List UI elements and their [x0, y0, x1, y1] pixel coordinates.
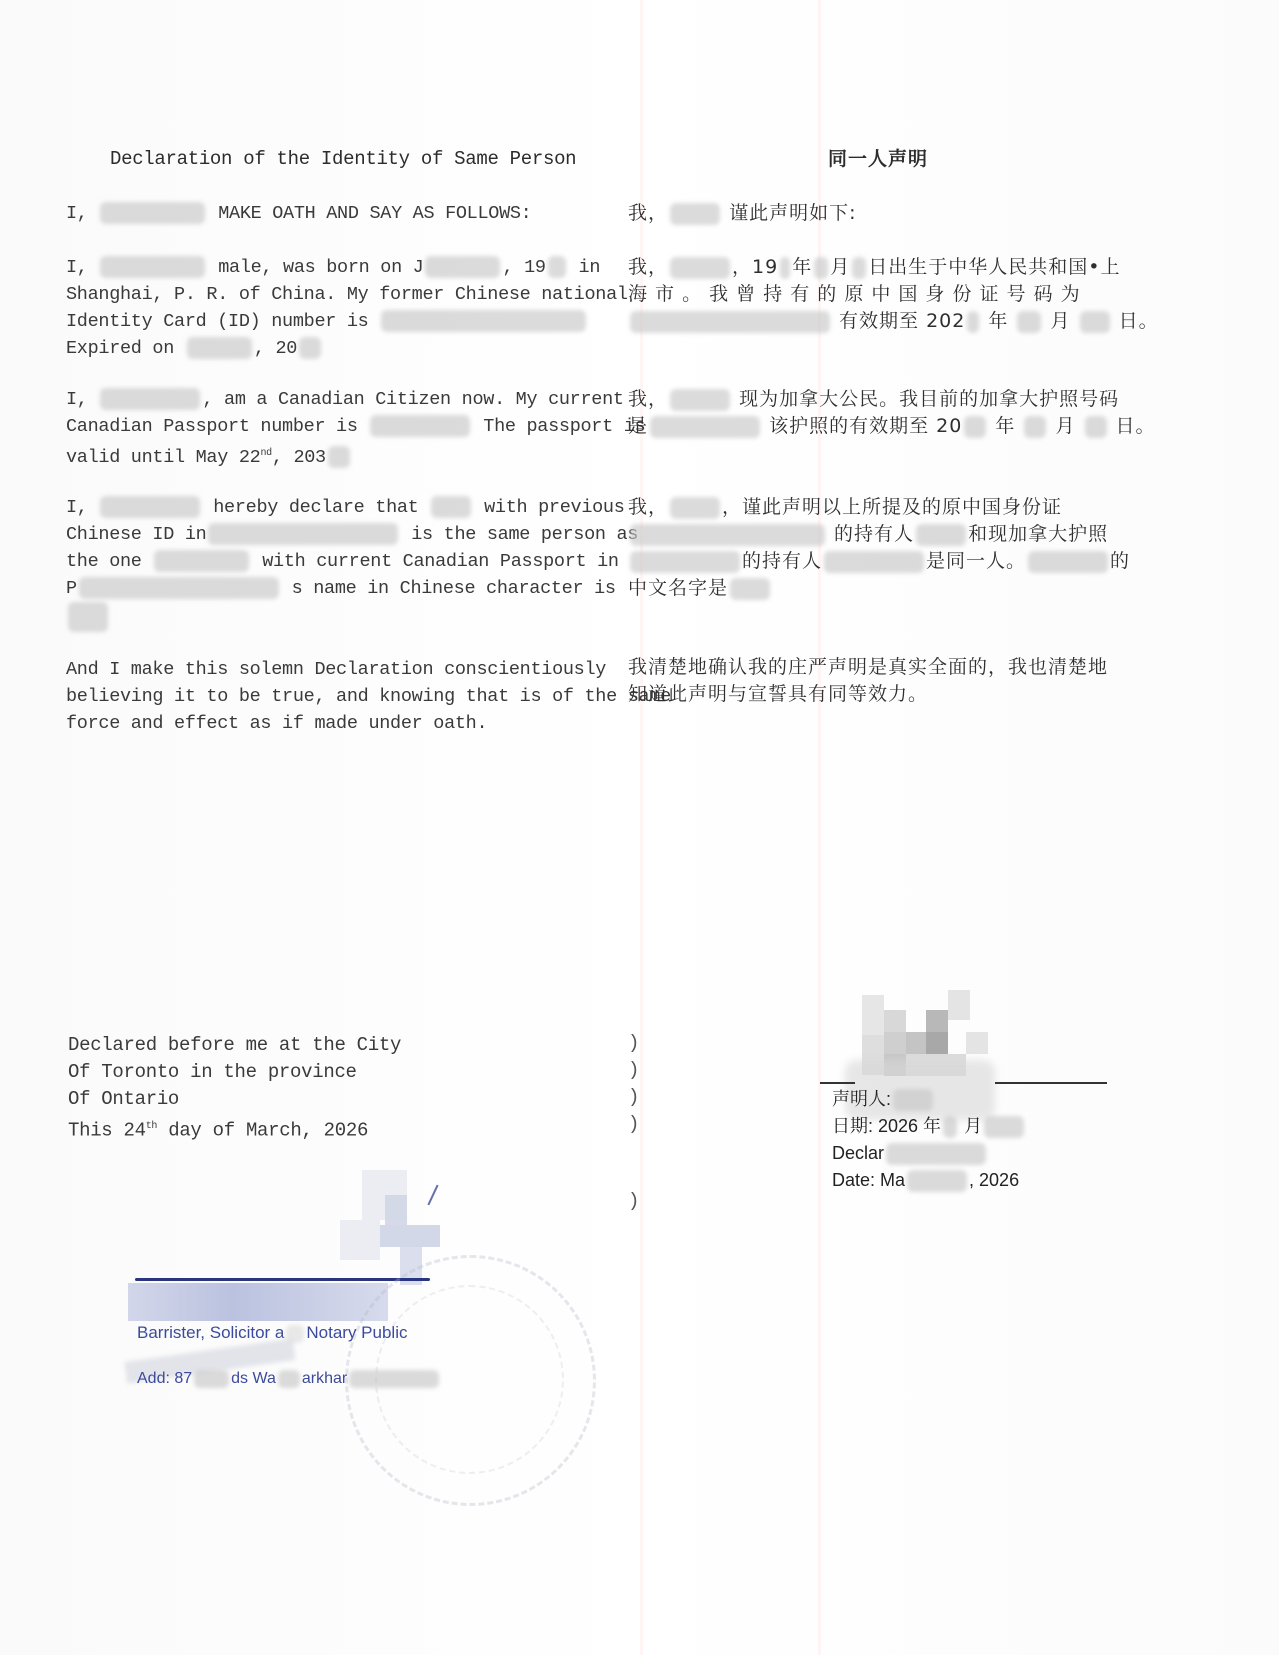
redacted-month [814, 257, 828, 279]
redacted-day [852, 257, 866, 279]
redacted-year [780, 257, 790, 279]
redacted-id-number [630, 311, 830, 333]
bracket-column: ) ) ) ) ) [628, 1032, 639, 1217]
document-page: Declaration of the Identity of Same Pers… [0, 0, 1279, 1655]
redacted-name [100, 388, 200, 410]
declared-before-block: Declared before me at the City Of Toront… [68, 1032, 401, 1144]
redacted-month [1024, 416, 1046, 438]
notary-seal-inner [375, 1285, 564, 1474]
declarant-signature-line [820, 1082, 855, 1084]
redacted-name [431, 496, 471, 518]
chinese-para-citizen: 我， 现为加拿大公民。我目前的加拿大护照号码 是 该护照的有效期至 20 年 月… [628, 386, 1143, 440]
redacted-month [943, 1116, 957, 1138]
redacted-notary-name [128, 1283, 388, 1321]
declarant-block: 声明人: 日期: 2026 年 月 Declar Date: Ma, 2026 [832, 1086, 1026, 1194]
redacted-day [1080, 311, 1110, 333]
redacted-month [1017, 311, 1041, 333]
redacted-address [278, 1370, 300, 1388]
redacted-day [1085, 416, 1107, 438]
english-para-citizen: I, , am a Canadian Citizen now. My curre… [66, 386, 606, 471]
redacted-name [154, 550, 249, 572]
chinese-oath-intro: 我， 谨此声明如下: [628, 200, 856, 227]
redacted-passport-number [79, 577, 279, 599]
redacted-year [548, 256, 566, 278]
chinese-title: 同一人声明 [828, 146, 928, 173]
notary-signature-line [135, 1278, 430, 1281]
chinese-para-birth: 我，，19年月日出生于中华人民共和国•上 海 市 。 我 曾 持 有 的 原 中… [628, 254, 1143, 335]
redacted-day [907, 1170, 967, 1192]
redacted-date [425, 256, 500, 278]
redacted-name [100, 256, 205, 278]
redacted-name [670, 497, 720, 519]
redacted-name [916, 524, 966, 546]
redacted-day [984, 1116, 1024, 1138]
redacted-chinese-name [730, 578, 770, 600]
chinese-para-solemn: 我清楚地确认我的庄严声明是真实全面的，我也清楚地 知道此声明与宣誓具有同等效力。 [628, 654, 1143, 708]
redacted-name [100, 496, 200, 518]
redacted-id-number [381, 310, 586, 332]
english-title: Declaration of the Identity of Same Pers… [110, 146, 576, 173]
redacted-id-number [208, 523, 398, 545]
redacted-name [670, 257, 730, 279]
redacted-name [886, 1143, 986, 1165]
redacted-passport-number [630, 551, 740, 573]
redacted-passport-number [370, 415, 470, 437]
scan-artifact-line [640, 0, 643, 1655]
redacted-name [824, 551, 924, 573]
redacted-name [670, 389, 730, 411]
redacted-year [967, 311, 979, 333]
chinese-para-same-person: 我，，谨此声明以上所提及的原中国身份证 的持有人和现加拿大护照 的持有人是同一人… [628, 494, 1143, 602]
redacted-name [1028, 551, 1108, 573]
english-para-solemn: And I make this solemn Declaration consc… [66, 656, 606, 737]
english-para-birth: I, male, was born on J, 19 in Shanghai, … [66, 254, 606, 362]
redacted-name [100, 202, 205, 224]
scan-artifact-line [818, 0, 821, 1655]
redacted-passport-number [650, 416, 760, 438]
redacted-date [187, 337, 252, 359]
redacted-name [893, 1089, 933, 1111]
redacted-chinese-name [68, 602, 108, 632]
redacted-year [964, 416, 986, 438]
redacted-year [299, 337, 321, 359]
redacted-address [194, 1370, 229, 1388]
redacted-year [328, 446, 350, 468]
english-oath-intro: I, MAKE OATH AND SAY AS FOLLOWS: [66, 200, 532, 227]
redacted-id-number [630, 524, 825, 546]
redacted-name [670, 203, 720, 225]
english-para-same-person: I, hereby declare that with previous Chi… [66, 494, 606, 632]
declarant-signature-line [995, 1082, 1107, 1084]
